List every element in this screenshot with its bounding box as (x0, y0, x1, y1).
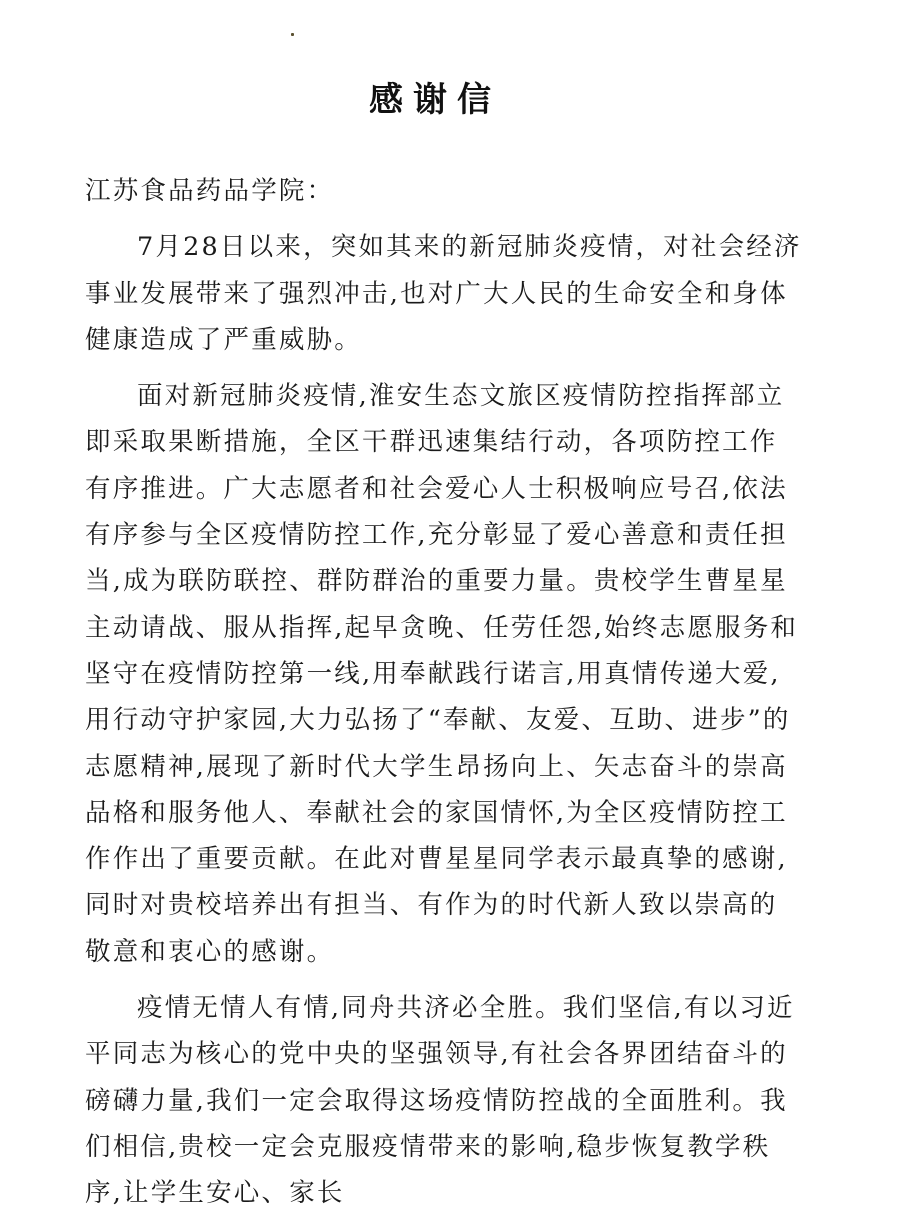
letter-title: 感谢信 (0, 72, 870, 121)
paragraph-2: 面对新冠肺炎疫情,淮安生态文旅区疫情防控指挥部立即采取果断措施，全区干群迅速集结… (85, 373, 805, 975)
scan-speck (291, 33, 294, 36)
paragraph-3: 疫情无情人有情,同舟共济必全胜。我们坚信,有以习近平同志为核心的党中央的坚强领导… (85, 985, 805, 1216)
paragraph-1: 7月28日以来，突如其来的新冠肺炎疫情，对社会经济事业发展带来了强烈冲击,也对广… (85, 224, 805, 363)
salutation: 江苏食品药品学院： (85, 168, 805, 214)
letter-body: 江苏食品药品学院： 7月28日以来，突如其来的新冠肺炎疫情，对社会经济事业发展带… (85, 168, 805, 1217)
